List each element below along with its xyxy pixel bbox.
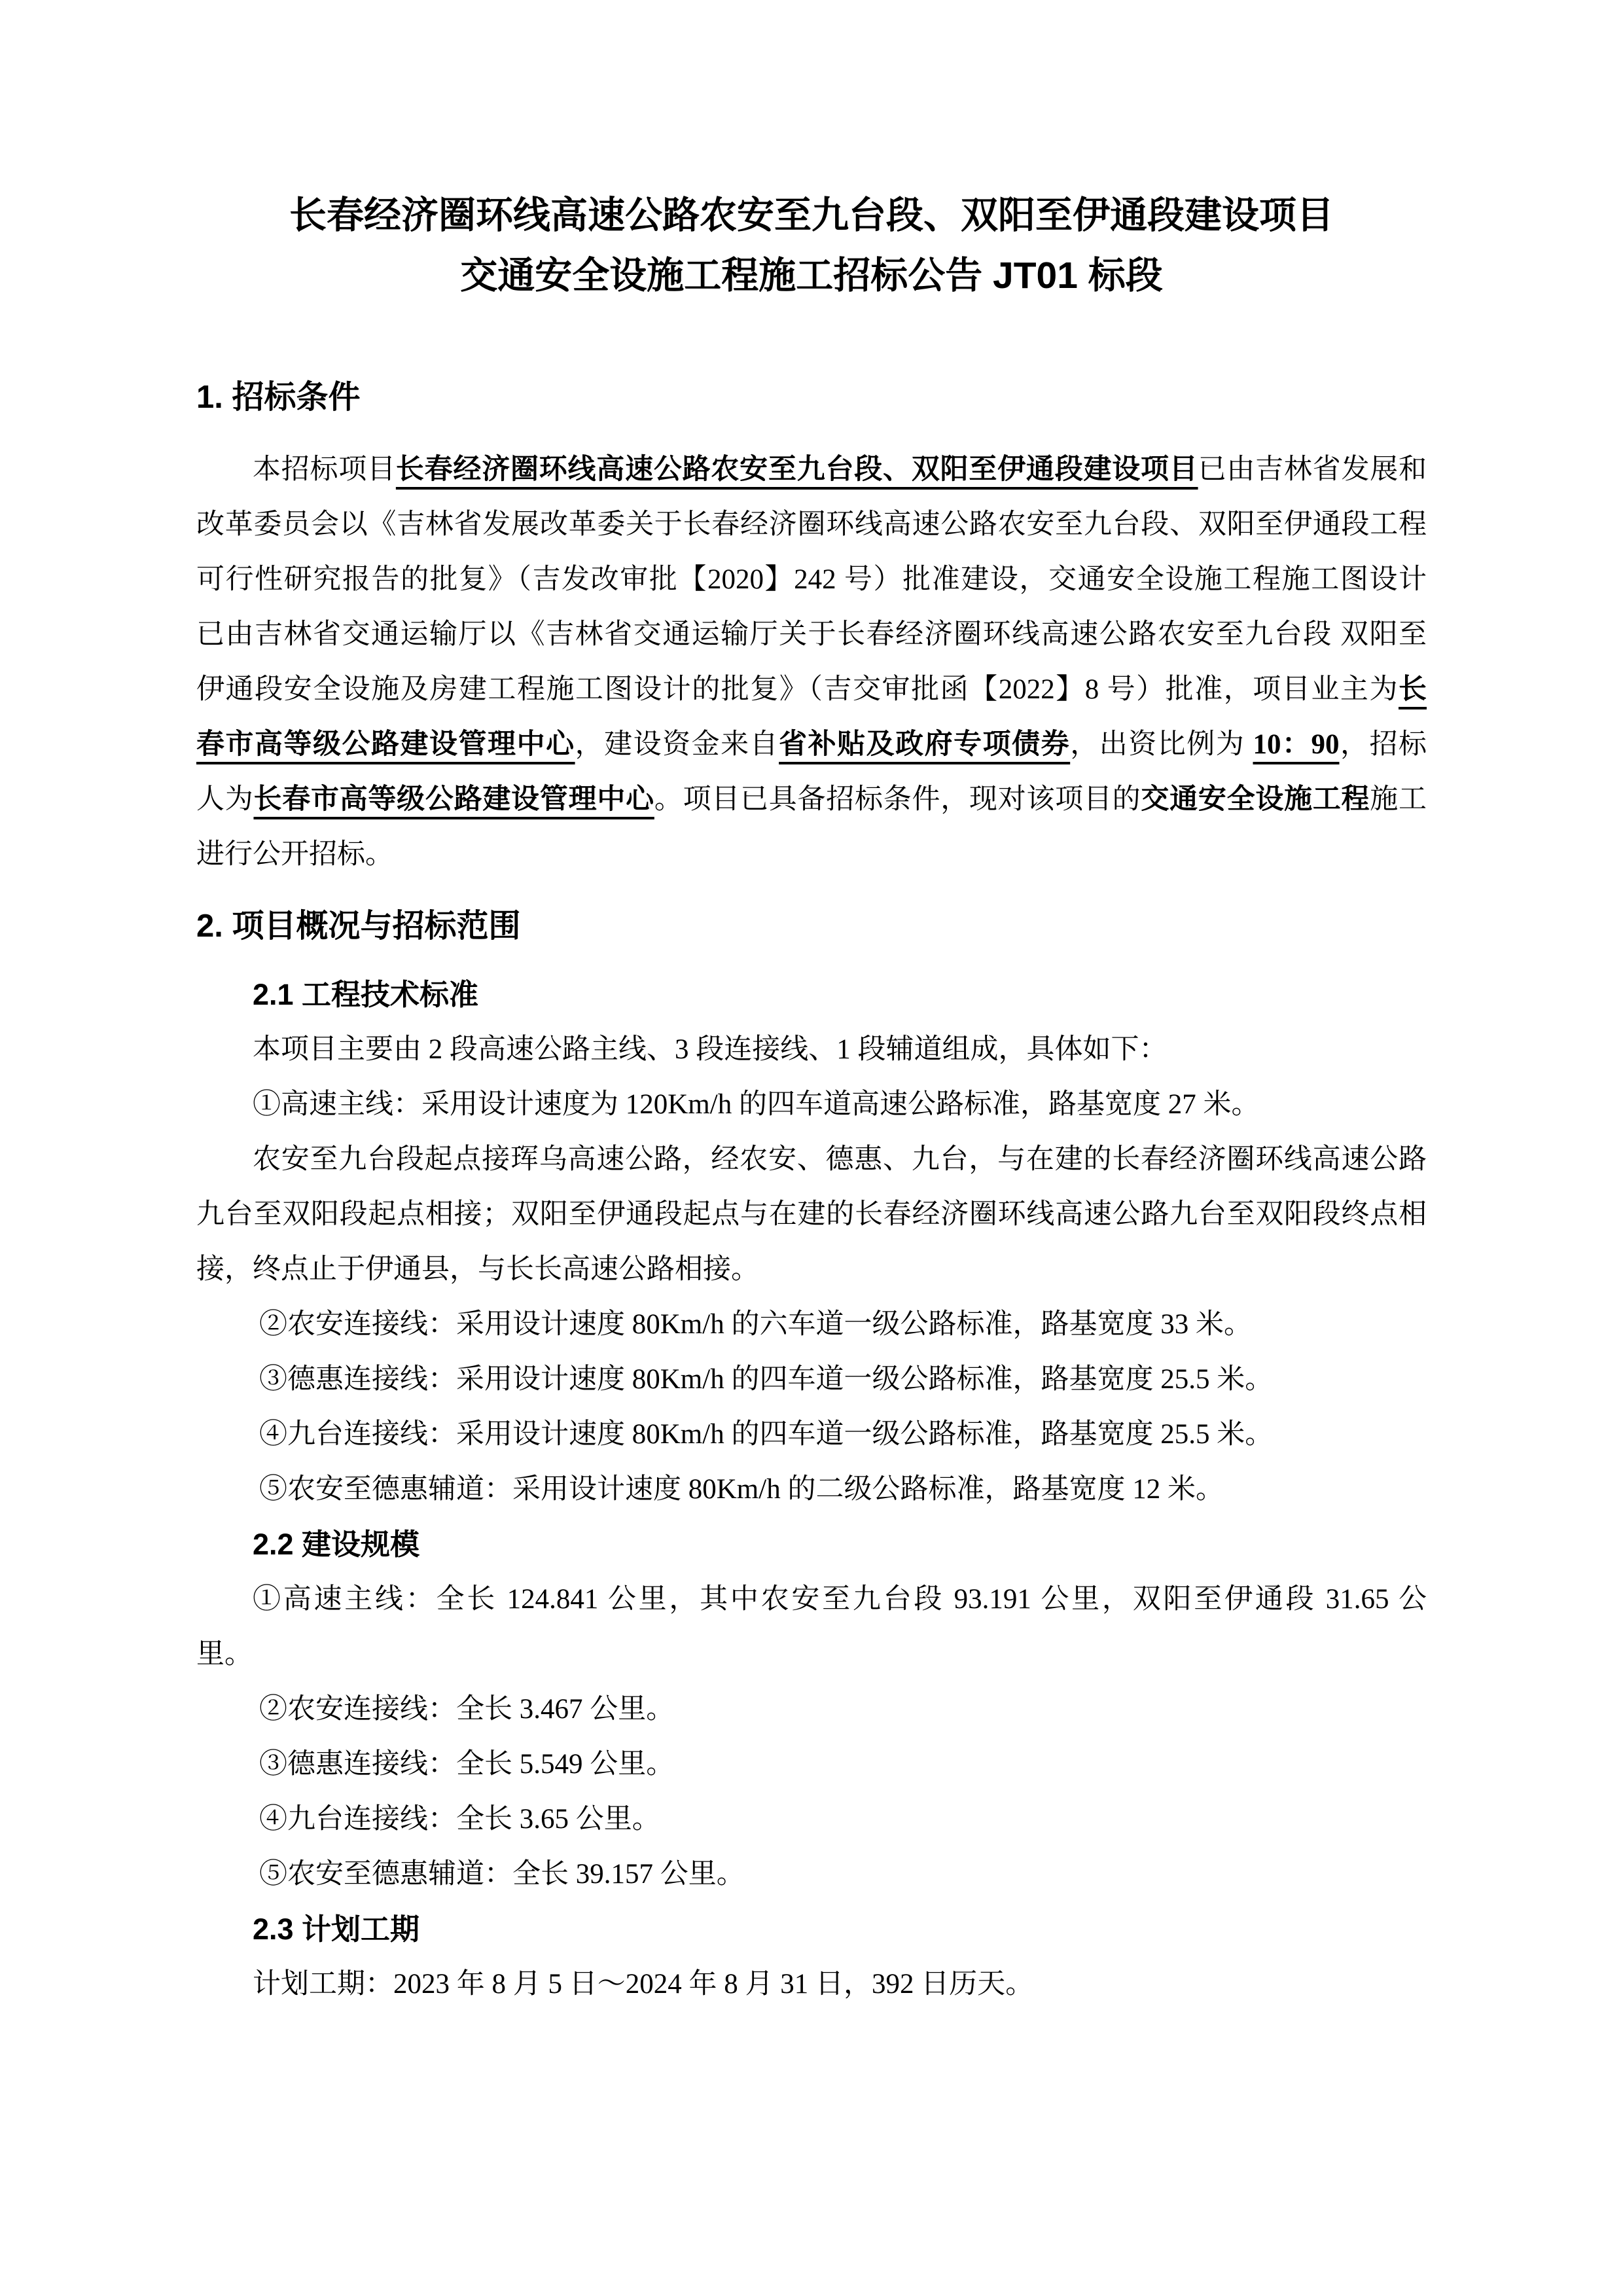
tech-line-dehui-link: ③德惠连接线：采用设计速度 80Km/h 的四车道一级公路标准，路基宽度 25.… <box>196 1352 1427 1407</box>
intro-line-8: 进行公开招标。 <box>196 827 1427 882</box>
tech-line-route-1: 农安至九台段起点接珲乌高速公路，经农安、德惠、九台，与在建的长春经济圈环线高速公… <box>196 1132 1427 1187</box>
intro-line-6: 春市高等级公路建设管理中心，建设资金来自省补贴及政府专项债券，出资比例为 10：… <box>196 717 1427 772</box>
scale-line-mainline-1: ①高速主线：全长 124.841 公里，其中农安至九台段 93.191 公里，双… <box>196 1572 1427 1627</box>
text-run: 施工 <box>1370 784 1427 815</box>
text-run: 人为 <box>196 784 253 815</box>
scale-line-auxiliary-road: ⑤农安至德惠辅道：全长 39.157 公里。 <box>196 1847 1427 1902</box>
scale-line-mainline-2: 里。 <box>196 1627 1427 1682</box>
tech-line-overview: 本项目主要由 2 段高速公路主线、3 段连接线、1 段辅道组成，具体如下： <box>196 1022 1427 1077</box>
section-bidding-conditions: 1. 招标条件 本招标项目长春经济圈环线高速公路农安至九台段、双阳至伊通段建设项… <box>196 368 1427 882</box>
text-run: 已由吉林省发展和 <box>1198 454 1427 485</box>
text-run: 交通安全设施工程 <box>1141 784 1370 815</box>
text-run: 春市高等级公路建设管理中心 <box>196 729 575 760</box>
tech-line-route-3: 接，终点止于伊通县，与长长高速公路相接。 <box>196 1242 1427 1297</box>
text-run: 长春经济圈环线高速公路农安至九台段、双阳至伊通段建设项目 <box>396 454 1198 485</box>
intro-line-3: 可行性研究报告的批复》（吉发改审批【2020】242 号）批准建设，交通安全设施… <box>196 552 1427 607</box>
tech-line-auxiliary-road: ⑤农安至德惠辅道：采用设计速度 80Km/h 的二级公路标准，路基宽度 12 米… <box>196 1462 1427 1517</box>
subsection-2-3-heading: 2.3 计划工期 <box>196 1902 1427 1957</box>
section-2-heading: 2. 项目概况与招标范围 <box>196 897 1427 956</box>
scale-line-nongan-link: ②农安连接线：全长 3.467 公里。 <box>196 1682 1427 1737</box>
text-run: 。项目已具备招标条件，现对该项目的 <box>654 784 1141 815</box>
text-run: 伊通段安全设施及房建工程施工图设计的批复》（吉交审批函【2022】8 号）批准，… <box>196 674 1399 705</box>
intro-line-7: 人为长春市高等级公路建设管理中心。项目已具备招标条件，现对该项目的交通安全设施工… <box>196 772 1427 827</box>
intro-line-1: 本招标项目长春经济圈环线高速公路农安至九台段、双阳至伊通段建设项目已由吉林省发展… <box>196 442 1427 497</box>
section-1-heading: 1. 招标条件 <box>196 368 1427 427</box>
document-page: 长春经济圈环线高速公路农安至九台段、双阳至伊通段建设项目 交通安全设施工程施工招… <box>0 0 1623 2296</box>
tech-line-mainline: ①高速主线：采用设计速度为 120Km/h 的四车道高速公路标准，路基宽度 27… <box>196 1077 1427 1132</box>
document-title: 长春经济圈环线高速公路农安至九台段、双阳至伊通段建设项目 交通安全设施工程施工招… <box>196 185 1427 306</box>
text-run: 长春市高等级公路建设管理中心 <box>253 784 654 815</box>
tech-line-jiutai-link: ④九台连接线：采用设计速度 80Km/h 的四车道一级公路标准，路基宽度 25.… <box>196 1407 1427 1462</box>
page-content: 长春经济圈环线高速公路农安至九台段、双阳至伊通段建设项目 交通安全设施工程施工招… <box>0 0 1623 2012</box>
text-run: 省补贴及政府专项债券 <box>779 729 1070 760</box>
schedule-paragraph: 计划工期：2023 年 8 月 5 日～2024 年 8 月 31 日，392 … <box>196 1957 1427 2012</box>
text-run: 10：90 <box>1253 729 1339 760</box>
document-title-line-1: 长春经济圈环线高速公路农安至九台段、双阳至伊通段建设项目 <box>196 185 1427 245</box>
tech-line-nongan-link: ②农安连接线：采用设计速度 80Km/h 的六车道一级公路标准，路基宽度 33 … <box>196 1297 1427 1352</box>
subsection-2-1-heading: 2.1 工程技术标准 <box>196 967 1427 1022</box>
text-run: 长 <box>1399 674 1427 705</box>
intro-line-5: 伊通段安全设施及房建工程施工图设计的批复》（吉交审批函【2022】8 号）批准，… <box>196 662 1427 717</box>
text-run: ，出资比例为 <box>1070 729 1253 760</box>
construction-scale-paragraph: ①高速主线：全长 124.841 公里，其中农安至九台段 93.191 公里，双… <box>196 1572 1427 1902</box>
scale-line-dehui-link: ③德惠连接线：全长 5.549 公里。 <box>196 1737 1427 1792</box>
subsection-2-2-heading: 2.2 建设规模 <box>196 1517 1427 1572</box>
tech-standard-paragraph: 本项目主要由 2 段高速公路主线、3 段连接线、1 段辅道组成，具体如下： ①高… <box>196 1022 1427 1517</box>
text-run: 本招标项目 <box>253 454 396 485</box>
intro-line-2: 改革委员会以《吉林省发展改革委关于长春经济圈环线高速公路农安至九台段、双阳至伊通… <box>196 497 1427 552</box>
intro-line-4: 已由吉林省交通运输厅以《吉林省交通运输厅关于长春经济圈环线高速公路农安至九台段 … <box>196 607 1427 662</box>
schedule-line-duration: 计划工期：2023 年 8 月 5 日～2024 年 8 月 31 日，392 … <box>196 1957 1427 2012</box>
text-run: ，招标 <box>1340 729 1427 760</box>
text-run: ，建设资金来自 <box>575 729 779 760</box>
tech-line-route-2: 九台至双阳段起点相接；双阳至伊通段起点与在建的长春经济圈环线高速公路九台至双阳段… <box>196 1187 1427 1242</box>
scale-line-jiutai-link: ④九台连接线：全长 3.65 公里。 <box>196 1792 1427 1847</box>
intro-paragraph: 本招标项目长春经济圈环线高速公路农安至九台段、双阳至伊通段建设项目已由吉林省发展… <box>196 442 1427 882</box>
document-title-line-2: 交通安全设施工程施工招标公告 JT01 标段 <box>196 245 1427 306</box>
section-project-overview: 2. 项目概况与招标范围 2.1 工程技术标准 本项目主要由 2 段高速公路主线… <box>196 897 1427 2012</box>
